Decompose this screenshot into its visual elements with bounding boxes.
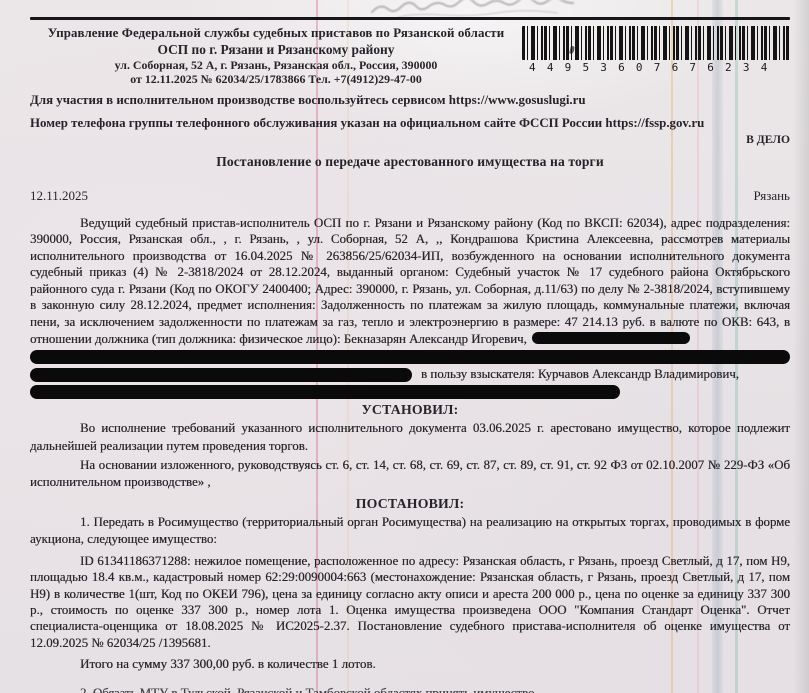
document-date: 12.11.2025 xyxy=(30,188,88,204)
preamble-paragraph: Ведущий судебный пристав-исполнитель ОСП… xyxy=(30,215,790,348)
date-city-row: 12.11.2025 Рязань xyxy=(30,188,790,204)
gosuslugi-notice: Для участия в исполнительном производств… xyxy=(30,93,790,108)
redaction-bar-full-width xyxy=(30,350,790,364)
preamble-text: Ведущий судебный пристав-исполнитель ОСП… xyxy=(30,216,790,346)
heading-established: УСТАНОВИЛ: xyxy=(30,402,790,418)
redaction-bar-debtor-data xyxy=(532,332,690,344)
redaction-bar-creditor-data xyxy=(30,385,620,399)
scanned-document-page: Управление Федеральной службы судебных п… xyxy=(0,0,809,693)
barcode-image xyxy=(522,26,790,60)
phone-notice: Номер телефона группы телефонного обслуж… xyxy=(30,116,790,131)
issuing-authority-block: Управление Федеральной службы судебных п… xyxy=(30,26,522,86)
legal-basis-paragraph: На основании изложенного, руководствуясь… xyxy=(30,457,790,492)
header-rule xyxy=(30,17,790,20)
document-content: Управление Федеральной службы судебных п… xyxy=(0,0,809,693)
barcode-digits: 44953607676234 xyxy=(522,61,790,74)
letterhead: Управление Федеральной службы судебных п… xyxy=(30,26,790,86)
authority-name: Управление Федеральной службы судебных п… xyxy=(30,26,522,42)
creditor-text: в пользу взыскателя: Курчавов Александр … xyxy=(421,367,739,382)
case-file-mark: В ДЕЛО xyxy=(30,133,790,146)
property-description-paragraph: ID 61341186371288: нежилое помещение, ра… xyxy=(30,553,790,651)
document-title: Постановление о передаче арестованного и… xyxy=(30,154,790,170)
document-city: Рязань xyxy=(753,188,790,204)
document-number-line: от 12.11.2025 № 62034/25/1783866 Тел. +7… xyxy=(30,72,522,86)
resolution-point-1: 1. Передать в Росимущество (территориаль… xyxy=(30,514,790,549)
department-name: ОСП по г. Рязани и Рязанскому району xyxy=(30,42,522,58)
creditor-row: в пользу взыскателя: Курчавов Александр … xyxy=(30,367,790,382)
heading-resolved: ПОСТАНОВИЛ: xyxy=(30,496,790,512)
total-sum-line: Итого на сумму 337 300,00 руб. в количес… xyxy=(30,656,790,672)
established-paragraph: Во исполнение требований указанного испо… xyxy=(30,420,790,455)
redaction-bar-address xyxy=(30,368,412,382)
authority-address: ул. Соборная, 52 А, г. Рязань, Рязанская… xyxy=(30,58,522,72)
barcode-block: 44953607676234 xyxy=(522,26,790,86)
truncated-resolution-point-2: 2. Обязать МТУ в Тульской, Рязанской и Т… xyxy=(30,685,770,693)
